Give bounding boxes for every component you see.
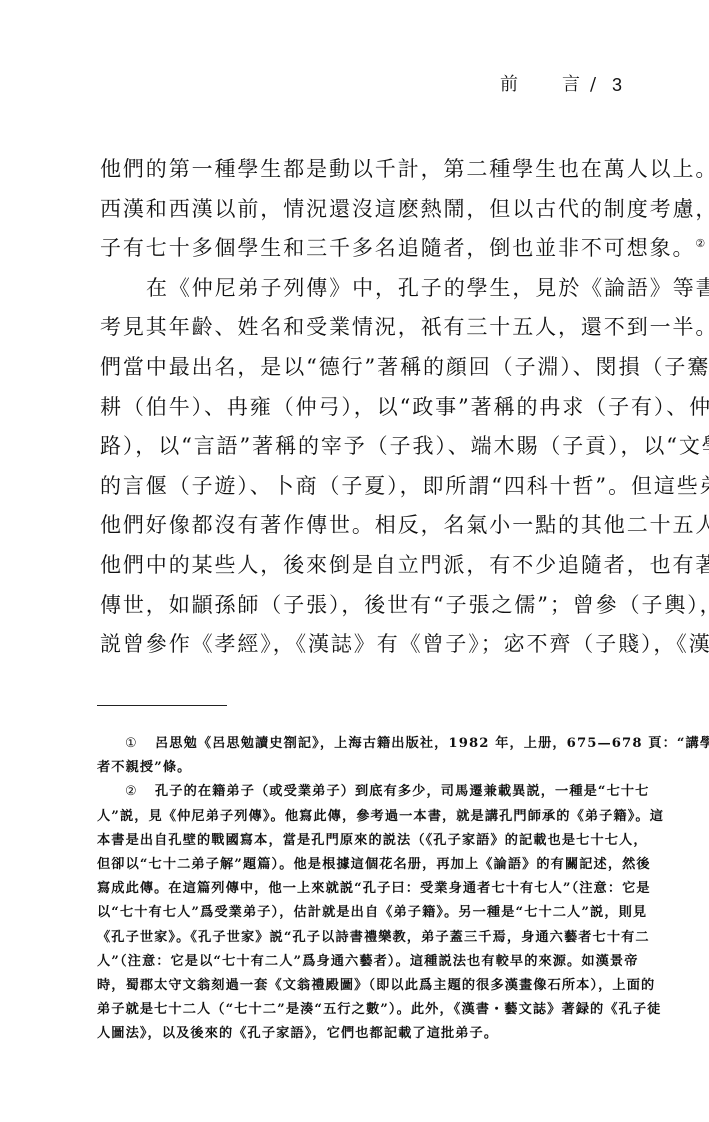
footnote-text: 呂思勉《呂思勉讀史劄記》，上海古籍出版社，1982 年，上册，675—678 頁… [155, 736, 709, 751]
footnote-text: 孔子的在籍弟子（或受業弟子）到底有多少，司馬遷兼載異説，一種是“七十七 [155, 784, 649, 799]
footnote-1-line: ①呂思勉《呂思勉讀史劄記》，上海古籍出版社，1982 年，上册，675—678 … [97, 732, 624, 756]
footnote-text: 人”説，見《仲尼弟子列傳》。他寫此傳，參考過一本書，就是講孔門師承的《弟子籍》。… [97, 809, 664, 824]
body-line-text: 的言偃（子遊）、卜商（子夏），即所謂“四科十哲”。但這些弟子， [100, 474, 709, 498]
footnotes: ①呂思勉《呂思勉讀史劄記》，上海古籍出版社，1982 年，上册，675—678 … [97, 732, 624, 1046]
body-line: 他們好像都沒有著作傳世。相反，名氣小一點的其他二十五人， [100, 506, 624, 546]
footnote-text: 本書是出自孔壁的戰國寫本，當是孔門原來的説法（《孔子家語》的記載也是七十七人， [97, 833, 648, 848]
body-line: 們當中最出名，是以“德行”著稱的顔回（子淵）、閔損（子騫）、冉 [100, 348, 624, 388]
footnote-text: 寫成此傳。在這篇列傳中，他一上來就説“孔子曰：受業身通者七十有七人”（注意：它是 [97, 881, 651, 896]
body-line-text: 他們中的某些人，後來倒是自立門派，有不少追隨者，也有著作 [100, 553, 709, 577]
footnote-2-line: 時，蜀郡太守文翁刻過一套《文翁禮殿圖》（即以此爲主題的很多漢畫像石所本），上面的 [97, 974, 624, 998]
footnote-2-mark: ② [125, 780, 155, 804]
footnote-text: 但卻以“七十二弟子解”題篇）。他是根據這個花名册，再加上《論語》的有關記述，然後 [97, 857, 651, 872]
running-head-title-char-1: 前 [500, 73, 518, 97]
footnote-text: 弟子就是七十二人（“七十二”是湊“五行之數”）。此外，《漢書・藝文誌》著録的《孔… [97, 1002, 661, 1017]
footnote-text: 時，蜀郡太守文翁刻過一套《文翁禮殿圖》（即以此爲主題的很多漢畫像石所本），上面的 [97, 978, 655, 993]
running-head-separator: / [590, 73, 596, 97]
footnote-text: 以“七十有七人”爲受業弟子），估計就是出自《弟子籍》。另一種是“七十二人”説，則… [97, 905, 647, 920]
body-line-text: 耕（伯牛）、冉雍（仲弓），以“政事”著稱的冉求（子有）、仲由（子 [100, 395, 709, 419]
body-line-text: 説曾參作《孝經》，《漢誌》有《曾子》；宓不齊（子賤），《漢誌》有《宓 [100, 632, 709, 656]
body-line: 西漢和西漢以前，情況還沒這麽熱鬧，但以古代的制度考慮，孔 [100, 190, 624, 230]
body-line: 他們中的某些人，後來倒是自立門派，有不少追隨者，也有著作 [100, 546, 624, 586]
footnote-2-line: 人”（注意：它是以“七十有二人”爲身通六藝者）。這種説法也有較早的來源。如漢景帝 [97, 950, 624, 974]
footnote-1-line: 者不親授”條。 [97, 756, 624, 780]
body-line: 路），以“言語”著稱的宰予（子我）、端木賜（子貢），以“文學”著稱 [100, 427, 624, 467]
body-text: 他們的第一種學生都是動以千計，第二種學生也在萬人以上。① 西漢和西漢以前，情況還… [100, 150, 624, 665]
body-line-text: 傳世，如顓孫師（子張），後世有“子張之儒”；曾參（子輿），司馬遷 [100, 593, 709, 617]
footnote-2-line: 《孔子世家》。《孔子世家》説“孔子以詩書禮樂教，弟子蓋三千焉，身通六藝者七十有二 [97, 926, 624, 950]
body-line: 的言偃（子遊）、卜商（子夏），即所謂“四科十哲”。但這些弟子， [100, 467, 624, 507]
page-number: 3 [612, 73, 622, 97]
footnote-1-mark: ① [125, 732, 155, 756]
footnote-divider [97, 705, 227, 706]
footnote-2-line: 以“七十有七人”爲受業弟子），估計就是出自《弟子籍》。另一種是“七十二人”説，則… [97, 901, 624, 925]
body-line-text: 他們好像都沒有著作傳世。相反，名氣小一點的其他二十五人， [100, 513, 709, 537]
body-line: 他們的第一種學生都是動以千計，第二種學生也在萬人以上。① [100, 150, 624, 190]
body-line-text: 子有七十多個學生和三千多名追隨者，倒也並非不可想象。 [100, 236, 695, 260]
footnote-text: 人”（注意：它是以“七十有二人”爲身通六藝者）。這種説法也有較早的來源。如漢景帝 [97, 954, 639, 969]
footnote-2-line: 弟子就是七十二人（“七十二”是湊“五行之數”）。此外，《漢書・藝文誌》著録的《孔… [97, 998, 624, 1022]
body-line: 子有七十多個學生和三千多名追隨者，倒也並非不可想象。② [100, 229, 624, 269]
footnote-text: 人圖法》，以及後來的《孔子家語》，它們也都記載了這批弟子。 [97, 1026, 498, 1041]
body-line-text: 考見其年齡、姓名和受業情況，祇有三十五人，還不到一半。他 [100, 315, 709, 339]
footnote-ref-2[interactable]: ② [695, 237, 705, 250]
running-head-title-char-2: 言 [562, 73, 580, 97]
body-line-text: 路），以“言語”著稱的宰予（子我）、端木賜（子貢），以“文學”著稱 [100, 434, 709, 458]
body-line: 耕（伯牛）、冉雍（仲弓），以“政事”著稱的冉求（子有）、仲由（子 [100, 388, 624, 428]
footnote-2-line: 寫成此傳。在這篇列傳中，他一上來就説“孔子曰：受業身通者七十有七人”（注意：它是 [97, 877, 624, 901]
body-line: 考見其年齡、姓名和受業情況，祇有三十五人，還不到一半。他 [100, 308, 624, 348]
footnote-text: 《孔子世家》。《孔子世家》説“孔子以詩書禮樂教，弟子蓋三千焉，身通六藝者七十有二 [97, 930, 650, 945]
footnote-2-line: 人圖法》，以及後來的《孔子家語》，它們也都記載了這批弟子。 [97, 1022, 624, 1046]
body-line-text: 他們的第一種學生都是動以千計，第二種學生也在萬人以上。 [100, 157, 709, 181]
body-line-text: 在《仲尼弟子列傳》中，孔子的學生，見於《論語》等書，可以 [146, 276, 709, 300]
footnote-text: 者不親授”條。 [97, 760, 191, 775]
body-line-text: 們當中最出名，是以“德行”著稱的顔回（子淵）、閔損（子騫）、冉 [100, 355, 709, 379]
footnote-2-line: 本書是出自孔壁的戰國寫本，當是孔門原來的説法（《孔子家語》的記載也是七十七人， [97, 829, 624, 853]
body-line-paragraph-start: 在《仲尼弟子列傳》中，孔子的學生，見於《論語》等書，可以 [100, 269, 624, 309]
footnote-2-line: 人”説，見《仲尼弟子列傳》。他寫此傳，參考過一本書，就是講孔門師承的《弟子籍》。… [97, 805, 624, 829]
body-line-text: 西漢和西漢以前，情況還沒這麽熱鬧，但以古代的制度考慮，孔 [100, 197, 709, 221]
footnote-2-line: ②孔子的在籍弟子（或受業弟子）到底有多少，司馬遷兼載異説，一種是“七十七 [97, 780, 624, 804]
running-head: 前 言 / 3 [500, 73, 630, 97]
footnote-2-line: 但卻以“七十二弟子解”題篇）。他是根據這個花名册，再加上《論語》的有關記述，然後 [97, 853, 624, 877]
body-line: 傳世，如顓孫師（子張），後世有“子張之儒”；曾參（子輿），司馬遷 [100, 586, 624, 626]
body-line: 説曾參作《孝經》，《漢誌》有《曾子》；宓不齊（子賤），《漢誌》有《宓 [100, 625, 624, 665]
